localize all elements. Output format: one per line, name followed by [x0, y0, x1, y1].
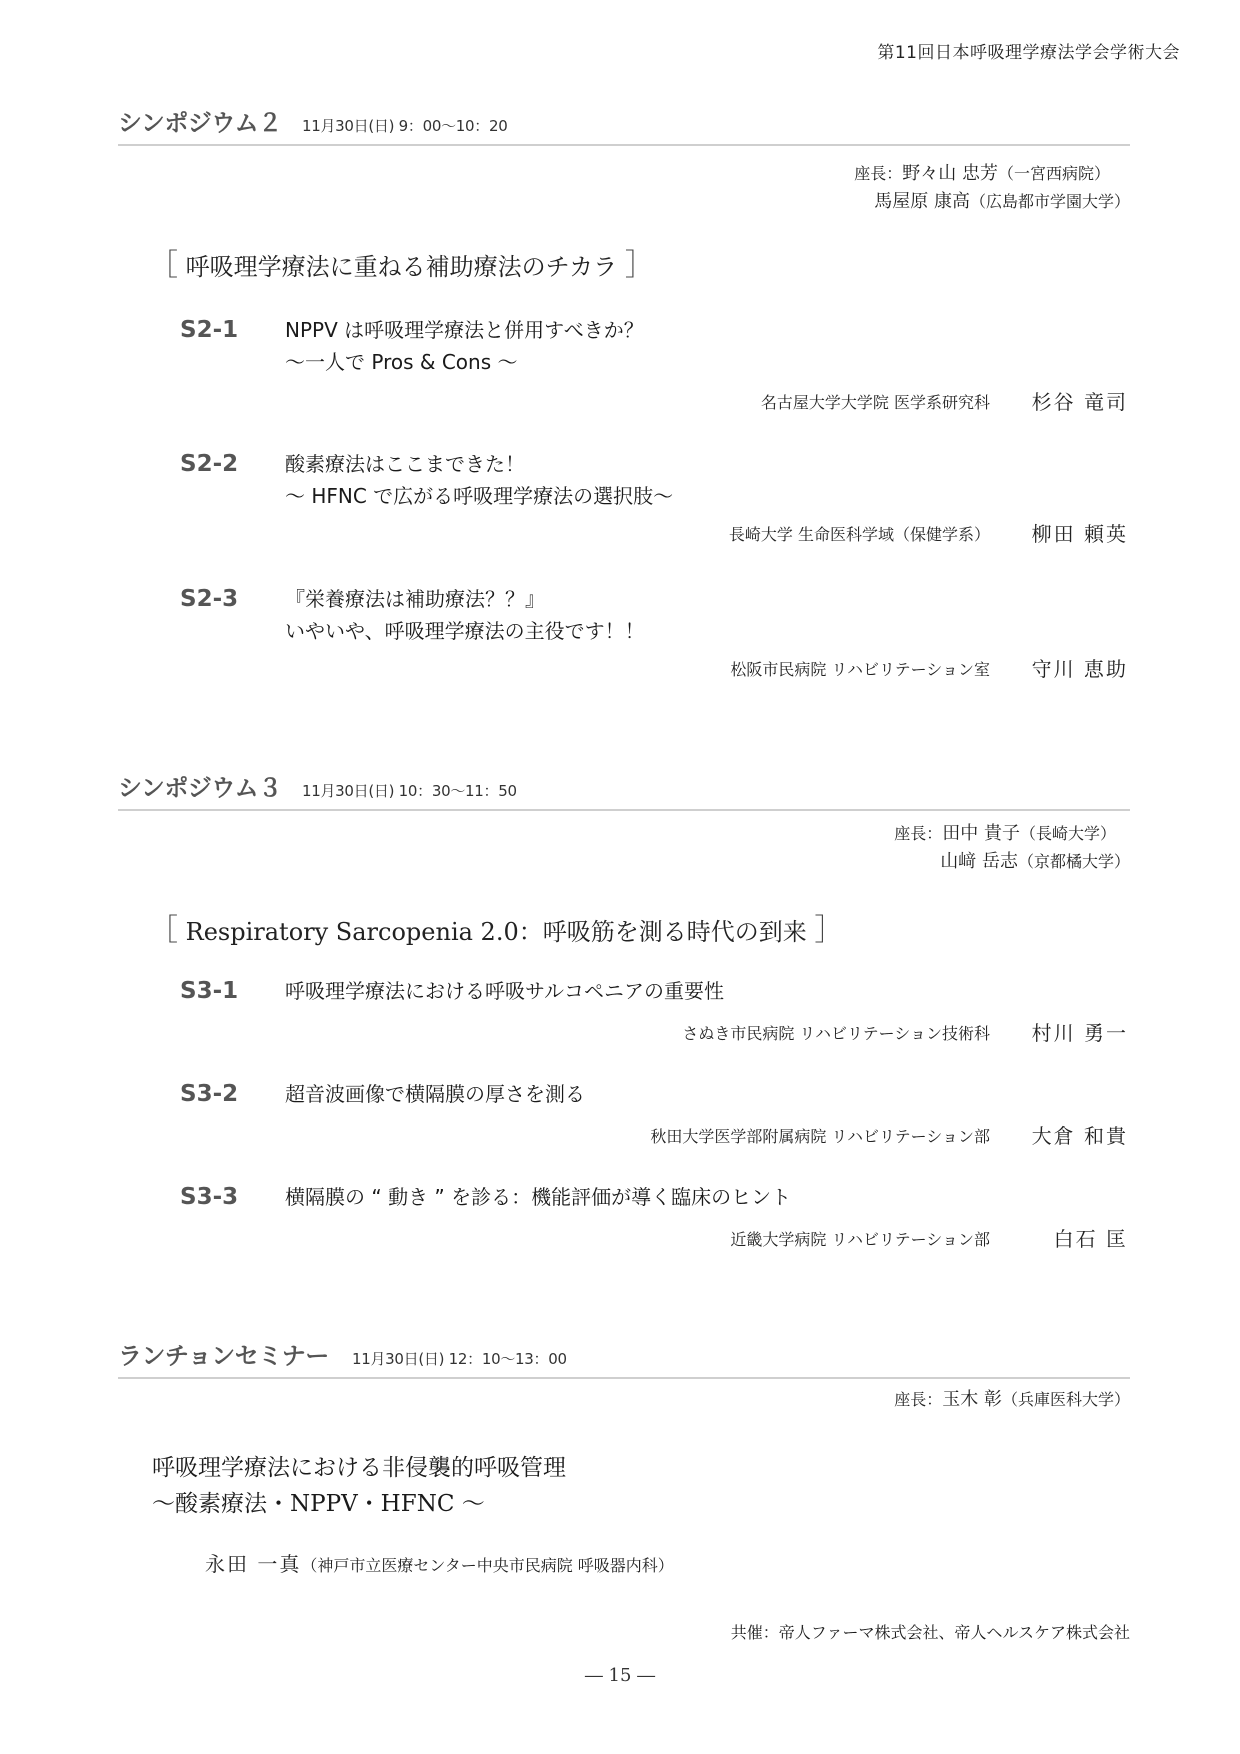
talk-title: 超音波画像で横隔膜の厚さを測る — [285, 1078, 585, 1110]
chair-affiliation: （一宮西病院） — [998, 164, 1110, 183]
chair-row: 座長：野々山 忠芳（一宮西病院） — [854, 160, 1130, 188]
session-time: 11月30日(日) 12：10～13：00 — [352, 1348, 567, 1369]
bracket-close: ］ — [625, 248, 655, 283]
talk-title: 呼吸理学療法における呼吸サルコペニアの重要性 — [285, 975, 724, 1007]
speaker-affiliation: （神戸市立医療センター中央市民病院 呼吸器内科） — [301, 1556, 673, 1575]
theme-text: Respiratory Sarcopenia 2.0：呼吸筋を測る時代の到来 — [186, 918, 807, 946]
talk-title-line: ～ HFNC で広がる呼吸理学療法の選択肢～ — [285, 480, 673, 512]
talk-title-line: 『栄養療法は補助療法？？』 — [285, 583, 645, 615]
session-theme: ［ 呼吸理学療法に重ねる補助療法のチカラ ］ — [148, 240, 655, 284]
session-header-luncheon: ランチョンセミナー 11月30日(日) 12：10～13：00 — [118, 1345, 1130, 1379]
talk-code: S3-2 — [180, 1081, 238, 1107]
talk-title-line: NPPV は呼吸理学療法と併用すべきか？ — [285, 314, 644, 346]
chair-name: 馬屋原 康高 — [874, 191, 970, 212]
bracket-open: ［ — [148, 248, 178, 283]
session-title: シンポジウム３ — [118, 768, 282, 803]
theme-text: 呼吸理学療法に重ねる補助療法のチカラ — [186, 253, 618, 281]
chair-name: 田中 貴子 — [942, 823, 1020, 844]
talk-title: 酸素療法はここまできた！ ～ HFNC で広がる呼吸理学療法の選択肢～ — [285, 448, 673, 512]
chair-affiliation: （長崎大学） — [1020, 824, 1116, 843]
chairs-luncheon: 座長：玉木 彰（兵庫医科大学） — [894, 1386, 1130, 1414]
session-header-symposium-3: シンポジウム３ 11月30日(日) 10：30～11：50 — [118, 777, 1130, 811]
talk-affiliation: 長崎大学 生命医科学域（保健学系） — [729, 522, 990, 545]
talk-title: 横隔膜の “ 動き ” を診る：機能評価が導く臨床のヒント — [285, 1181, 791, 1213]
session-header-symposium-2: シンポジウム２ 11月30日(日) 9：00～10：20 — [118, 112, 1130, 146]
lecture-title-line: 呼吸理学療法における非侵襲的呼吸管理 — [152, 1450, 566, 1486]
chairs-symposium-2: 座長：野々山 忠芳（一宮西病院） 馬屋原 康高（広島都市学園大学） — [854, 160, 1130, 216]
talk-speaker: 杉谷 竜司 — [1032, 386, 1128, 415]
chair-row: 座長：田中 貴子（長崎大学） — [894, 820, 1130, 848]
chair-label: 座長： — [894, 1390, 942, 1409]
page-number: ― 15 ― — [0, 1665, 1240, 1686]
bracket-open: ［ — [148, 913, 178, 948]
talk-speaker: 村川 勇一 — [1032, 1017, 1128, 1046]
chair-label: 座長： — [854, 164, 902, 183]
chairs-symposium-3: 座長：田中 貴子（長崎大学） 山﨑 岳志（京都橘大学） — [894, 820, 1130, 876]
talk-affiliation: 松阪市民病院 リハビリテーション室 — [730, 657, 990, 680]
chair-affiliation: （京都橘大学） — [1018, 852, 1130, 871]
chair-name: 玉木 彰 — [942, 1389, 1002, 1410]
talk-affiliation: 名古屋大学大学院 医学系研究科 — [761, 390, 990, 413]
talk-title-line: いやいや、呼吸理学療法の主役です！！ — [285, 615, 645, 647]
talk-speaker: 白石 匡 — [1054, 1223, 1128, 1252]
talk-title-line: ～一人で Pros & Cons ～ — [285, 346, 644, 378]
talk-code: S2-3 — [180, 586, 238, 612]
chair-affiliation: （広島都市学園大学） — [970, 192, 1130, 211]
talk-code: S2-2 — [180, 451, 238, 477]
talk-speaker: 柳田 頼英 — [1032, 518, 1128, 547]
chair-row: 山﨑 岳志（京都橘大学） — [894, 848, 1130, 876]
talk-code: S2-1 — [180, 317, 238, 343]
session-title: ランチョンセミナー — [118, 1336, 329, 1371]
talk-title: 『栄養療法は補助療法？？』 いやいや、呼吸理学療法の主役です！！ — [285, 583, 645, 647]
bracket-close: ］ — [814, 913, 844, 948]
speaker-name: 永田 一真 — [205, 1552, 301, 1576]
talk-speaker: 大倉 和貴 — [1032, 1120, 1128, 1149]
talk-code: S3-1 — [180, 978, 238, 1004]
talk-speaker: 守川 恵助 — [1032, 653, 1128, 682]
lecture-speaker: 永田 一真（神戸市立医療センター中央市民病院 呼吸器内科） — [205, 1548, 674, 1577]
lecture-title-line: ～酸素療法・NPPV・HFNC ～ — [152, 1486, 566, 1522]
running-header: 第11回日本呼吸理学療法学会学術大会 — [877, 38, 1180, 63]
talk-affiliation: 近畿大学病院 リハビリテーション部 — [730, 1227, 990, 1250]
session-time: 11月30日(日) 9：00～10：20 — [302, 115, 507, 136]
talk-affiliation: 秋田大学医学部附属病院 リハビリテーション部 — [650, 1124, 990, 1147]
lecture-title: 呼吸理学療法における非侵襲的呼吸管理 ～酸素療法・NPPV・HFNC ～ — [152, 1450, 566, 1522]
talk-affiliation: さぬき市民病院 リハビリテーション技術科 — [682, 1021, 990, 1044]
chair-affiliation: （兵庫医科大学） — [1002, 1390, 1130, 1409]
session-time: 11月30日(日) 10：30～11：50 — [302, 780, 517, 801]
session-title: シンポジウム２ — [118, 103, 282, 138]
chair-row: 馬屋原 康高（広島都市学園大学） — [854, 188, 1130, 216]
session-theme: ［ Respiratory Sarcopenia 2.0：呼吸筋を測る時代の到来… — [148, 905, 844, 949]
talk-title-line: 酸素療法はここまできた！ — [285, 448, 673, 480]
chair-name: 野々山 忠芳 — [902, 163, 998, 184]
chair-label: 座長： — [894, 824, 942, 843]
chair-name: 山﨑 岳志 — [940, 851, 1018, 872]
sponsor-note: 共催：帝人ファーマ株式会社、帝人ヘルスケア株式会社 — [731, 1620, 1130, 1643]
talk-code: S3-3 — [180, 1184, 238, 1210]
talk-title: NPPV は呼吸理学療法と併用すべきか？ ～一人で Pros & Cons ～ — [285, 314, 644, 378]
